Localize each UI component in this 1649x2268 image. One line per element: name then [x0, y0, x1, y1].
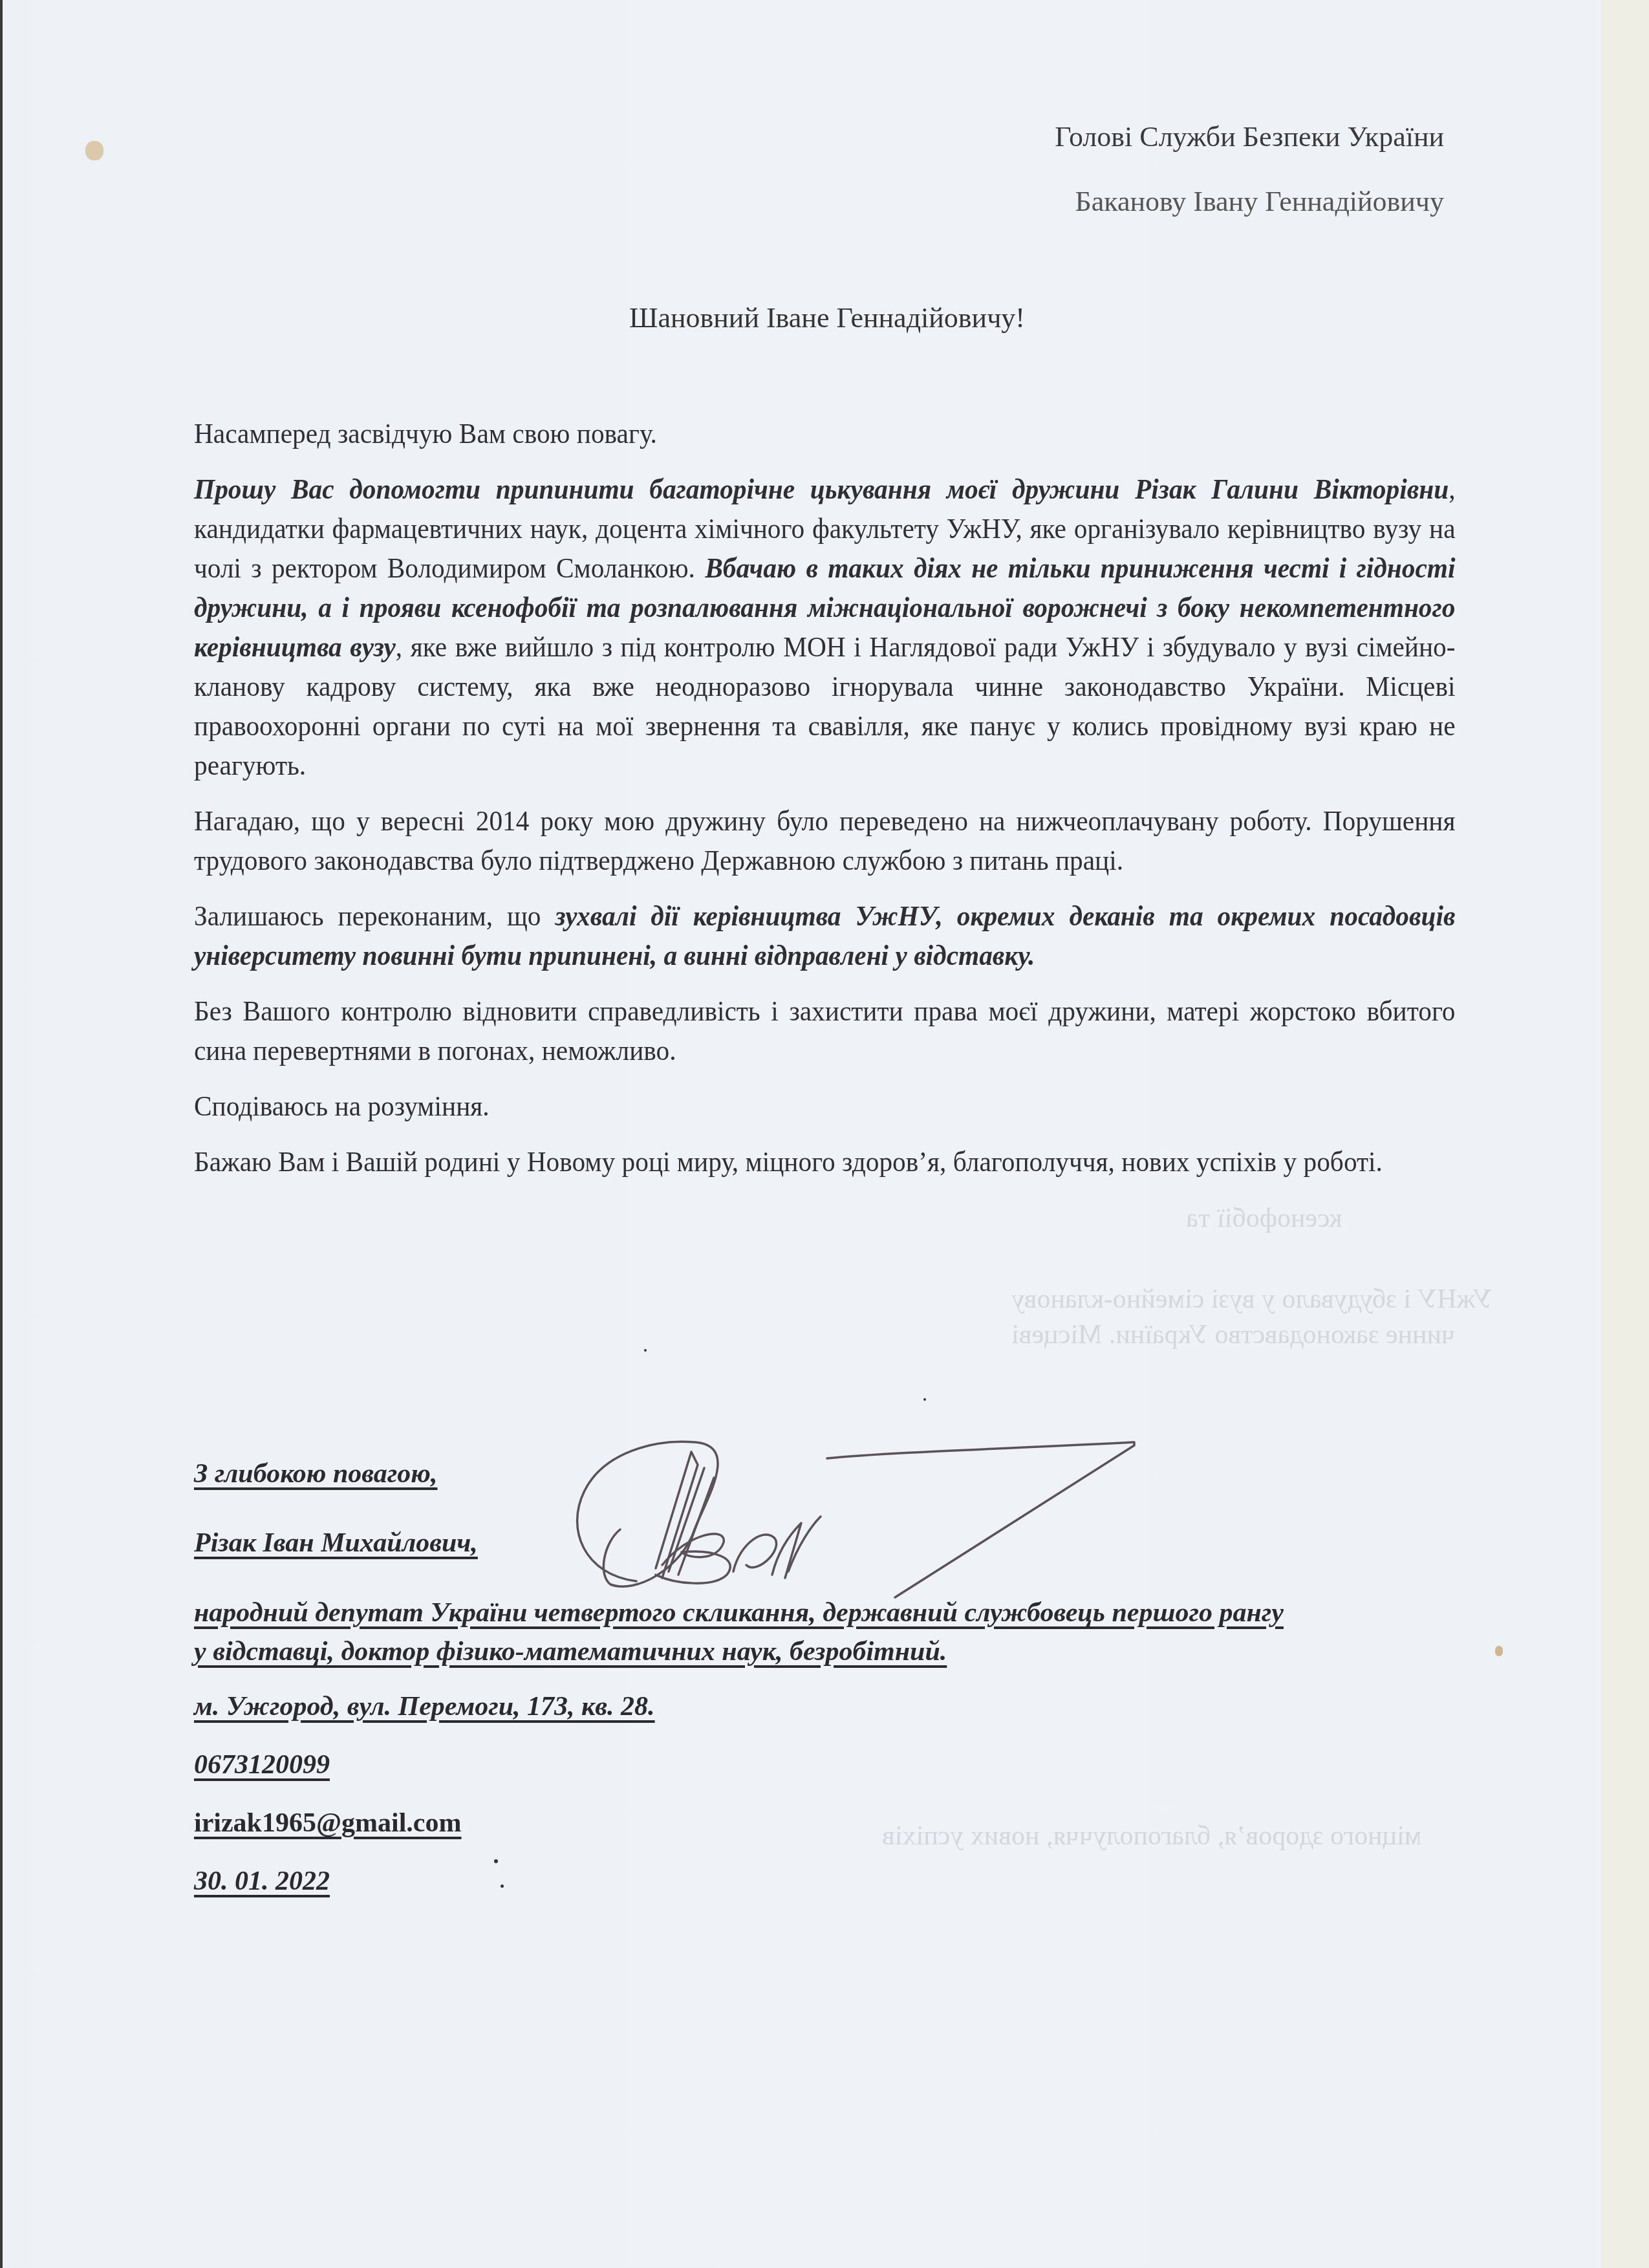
salutation: Шановний Іване Геннадійовичу! [3, 301, 1649, 334]
bleed-through-text: міцного здоров’я, благополуччя, нових ус… [882, 1820, 1421, 1852]
ink-speck [644, 1349, 647, 1352]
signer-email: irizak1965@gmail.com [194, 1808, 462, 1839]
paragraph-2: Прошу Вас допомогти припинити багаторічн… [194, 470, 1456, 785]
handwritten-signature [559, 1420, 1141, 1614]
signer-address: м. Ужгород, вул. Перемоги, 173, кв. 28. [194, 1691, 655, 1722]
signer-name: Різак Іван Михайлович, [194, 1528, 478, 1559]
bleed-through-text: ксенофобії та [1186, 1203, 1342, 1234]
paragraph-7: Бажаю Вам і Вашій родині у Новому році м… [194, 1142, 1456, 1182]
addressee-line-2: Баканову Івану Геннадійовичу [1075, 188, 1444, 216]
addressee-line-1: Голові Служби Безпеки України [1055, 123, 1444, 151]
text: Залишаюсь переконаним, що [194, 900, 555, 932]
ink-speck [923, 1398, 926, 1401]
letter-date: 30. 01. 2022 [194, 1866, 330, 1897]
closing-regards: З глибокою повагою, [194, 1458, 437, 1489]
letter-body: Насамперед засвідчую Вам свою повагу. Пр… [194, 414, 1456, 1198]
paragraph-3: Нагадаю, що у вересні 2014 року мою друж… [194, 801, 1456, 880]
signer-title-line-2: у відставці, доктор фізико-математичних … [194, 1636, 947, 1667]
signer-phone: 0673120099 [194, 1749, 330, 1780]
paragraph-4: Залишаюсь переконаним, що зухвалі дії ке… [194, 896, 1456, 975]
ink-speck [501, 1885, 504, 1888]
bleed-through-text: УжНУ і збудувало у вузі сімейно-кланову [1011, 1284, 1493, 1315]
document-page: Голові Служби Безпеки України Баканову І… [0, 0, 1601, 2268]
ink-speck [494, 1859, 498, 1863]
paragraph-6: Сподіваюсь на розуміння. [194, 1086, 1456, 1126]
emphasis: Прошу Вас допомогти припинити багаторічн… [194, 473, 1449, 505]
bleed-through-text: чинне законодавство України. Місцеві [1011, 1319, 1455, 1350]
paper-stain [1495, 1646, 1503, 1656]
paragraph-5: Без Вашого контролю відновити справедлив… [194, 991, 1456, 1070]
paragraph-1: Насамперед засвідчую Вам свою повагу. [194, 414, 1456, 453]
paper-stain [85, 141, 103, 160]
scanner-edge [1601, 0, 1649, 2268]
